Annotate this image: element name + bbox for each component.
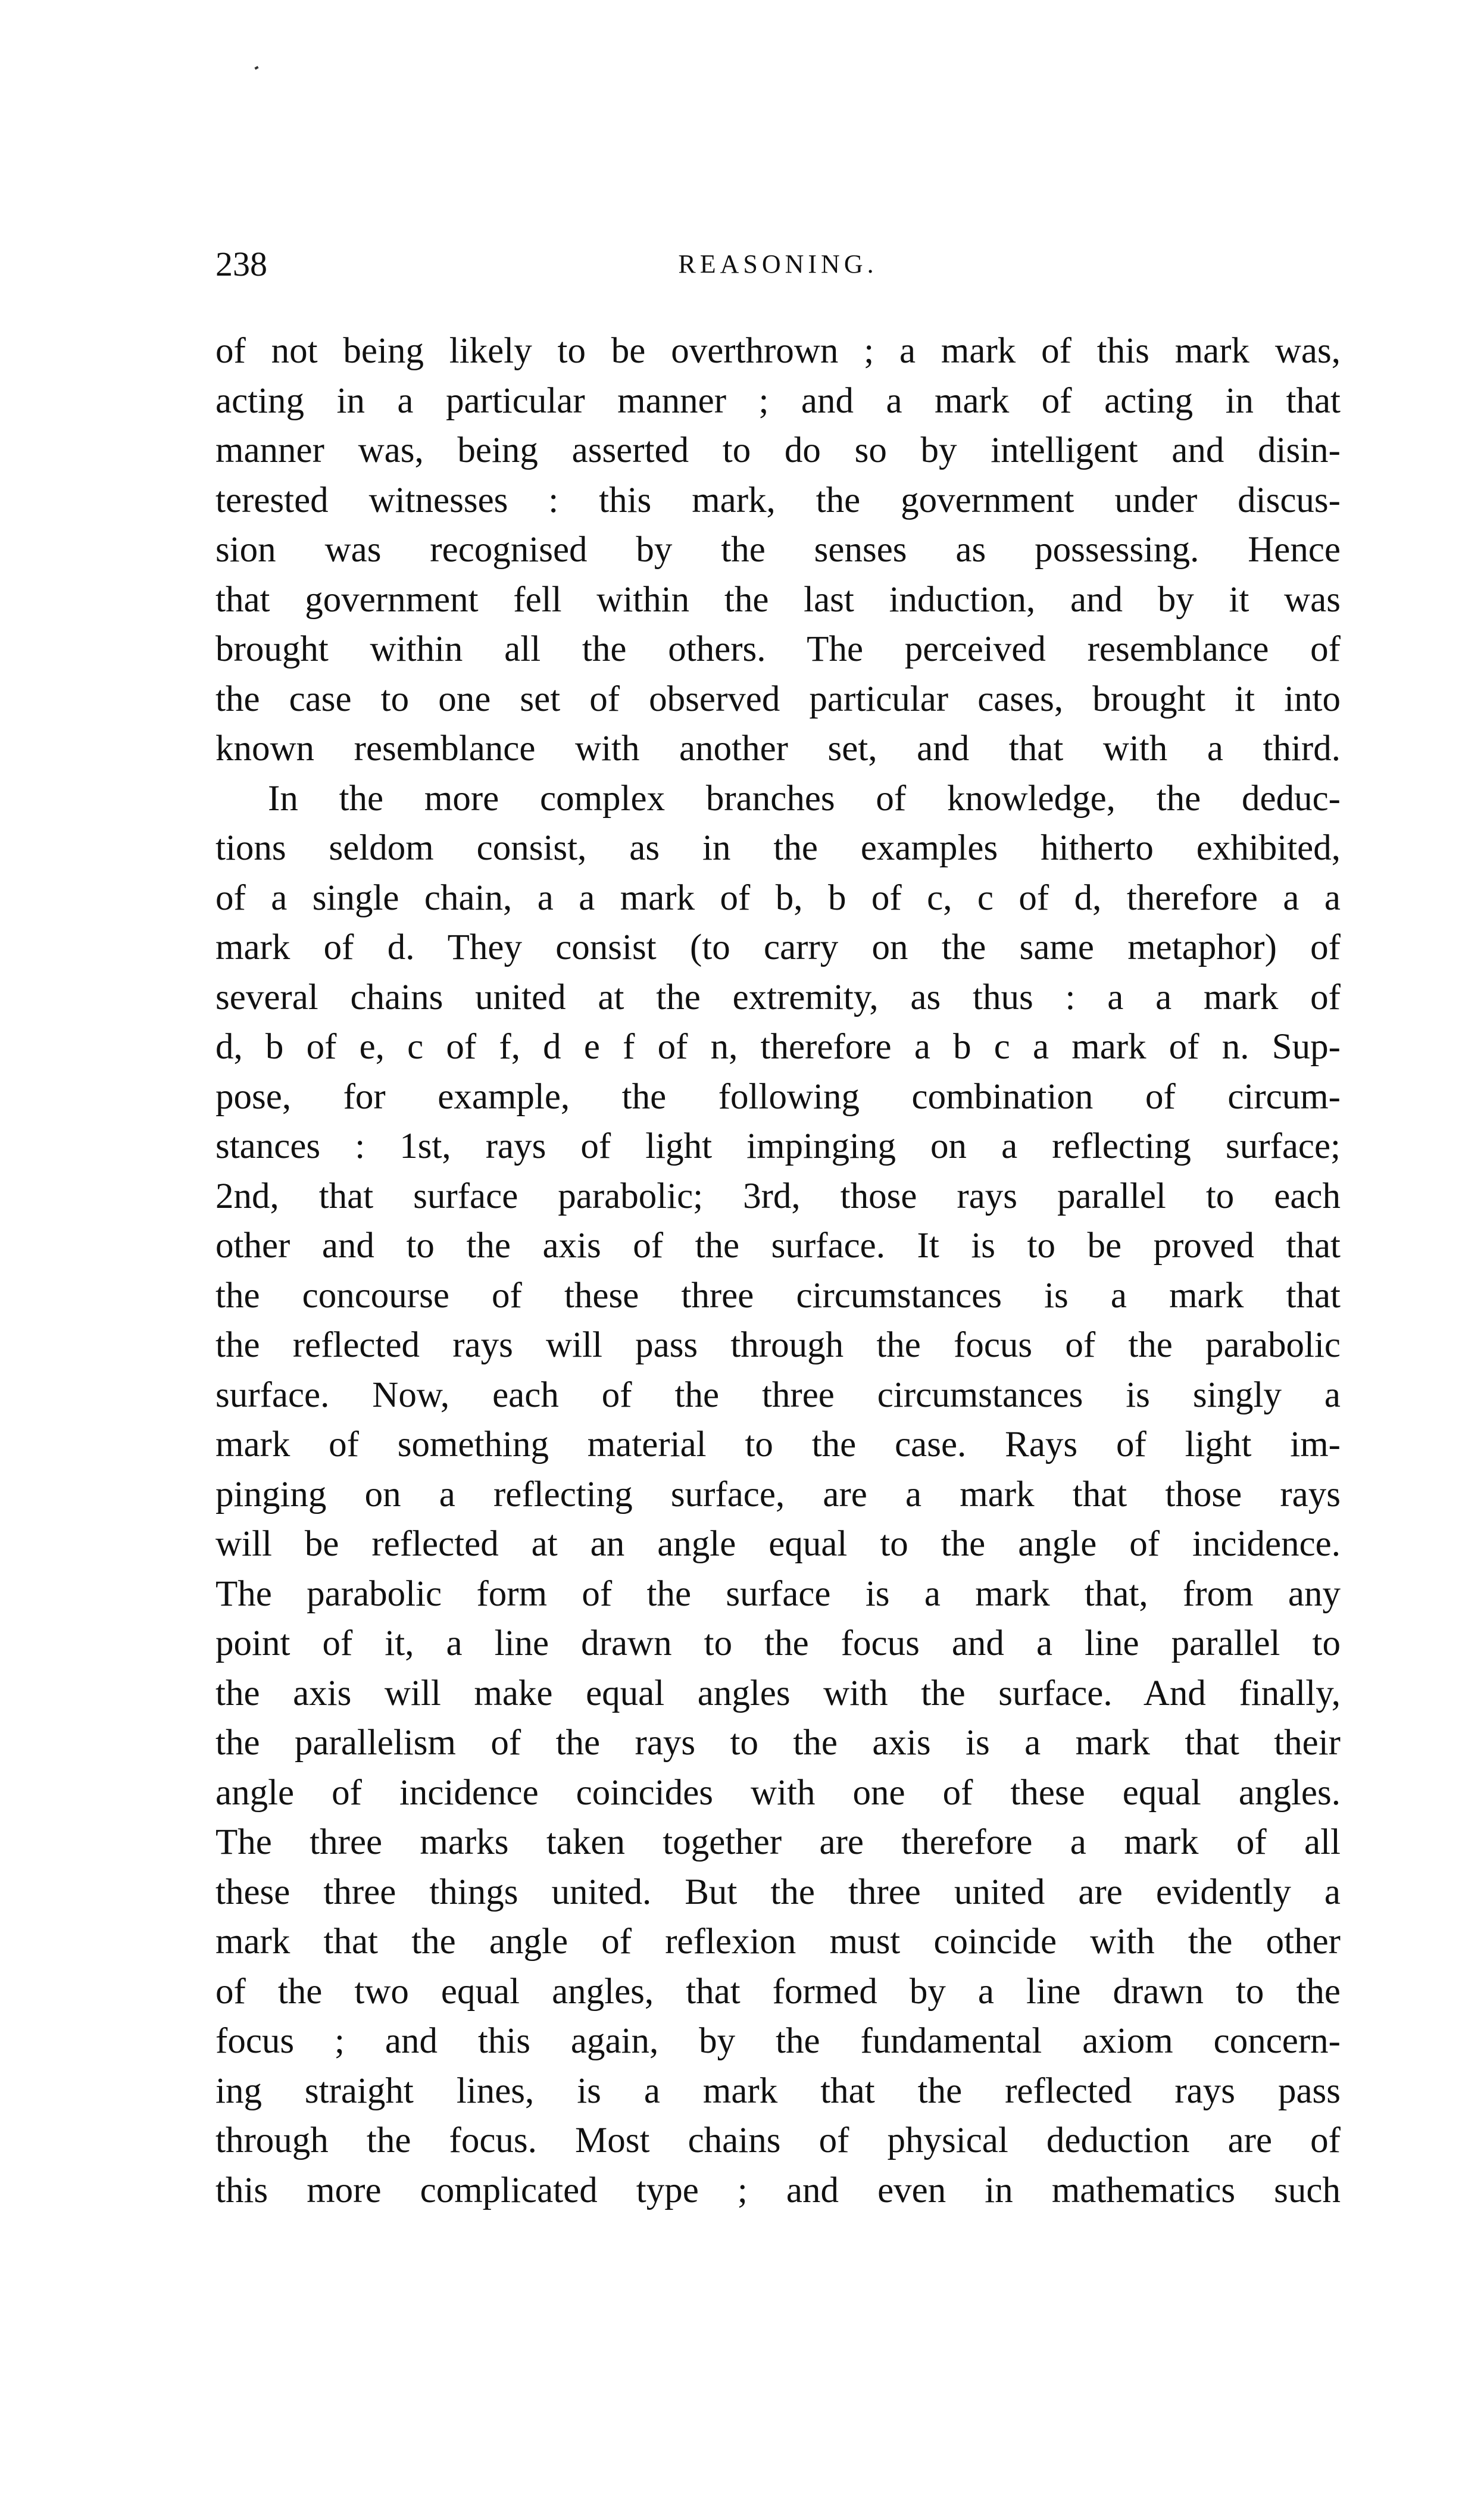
running-title: REASONING. xyxy=(215,249,1341,279)
text-line: of not being likely to be overthrown ; a… xyxy=(215,326,1341,376)
text-line: the concourse of these three circumstanc… xyxy=(215,1271,1341,1321)
text-line: focus ; and this again, by the fundament… xyxy=(215,2016,1341,2066)
text-line: brought within all the others. The perce… xyxy=(215,624,1341,674)
scan-speck xyxy=(254,66,258,70)
text-line: terested witnesses : this mark, the gove… xyxy=(215,476,1341,526)
text-line: acting in a particular manner ; and a ma… xyxy=(215,376,1341,426)
text-line: the reflected rays will pass through the… xyxy=(215,1320,1341,1370)
text-line: pinging on a reflecting surface, are a m… xyxy=(215,1470,1341,1520)
text-line: surface. Now, each of the three circumst… xyxy=(215,1370,1341,1420)
text-line: other and to the axis of the surface. It… xyxy=(215,1221,1341,1271)
text-line: these three things united. But the three… xyxy=(215,1868,1341,1918)
page-body: of not being likely to be overthrown ; a… xyxy=(215,326,1341,2215)
text-line: the parallelism of the rays to the axis … xyxy=(215,1718,1341,1768)
text-line: will be reflected at an angle equal to t… xyxy=(215,1519,1341,1569)
text-line: d, b of e, c of f, d e f of n, therefore… xyxy=(215,1022,1341,1072)
text-line: of a single chain, a a mark of b, b of c… xyxy=(215,873,1341,923)
text-line: of the two equal angles, that formed by … xyxy=(215,1967,1341,2017)
text-line: tions seldom consist, as in the examples… xyxy=(215,823,1341,873)
text-line: mark that the angle of reflexion must co… xyxy=(215,1917,1341,1967)
text-line: manner was, being asserted to do so by i… xyxy=(215,426,1341,476)
text-line: known resemblance with another set, and … xyxy=(215,724,1341,774)
text-line: In the more complex branches of knowledg… xyxy=(215,774,1341,824)
text-line: The parabolic form of the surface is a m… xyxy=(215,1569,1341,1619)
text-line: point of it, a line drawn to the focus a… xyxy=(215,1619,1341,1669)
text-line: sion was recognised by the senses as pos… xyxy=(215,525,1341,575)
text-line: this more complicated type ; and even in… xyxy=(215,2166,1341,2216)
text-line: mark of d. They consist (to carry on the… xyxy=(215,923,1341,973)
text-line: several chains united at the extremity, … xyxy=(215,973,1341,1023)
text-line: 2nd, that surface parabolic; 3rd, those … xyxy=(215,1172,1341,1222)
text-line: The three marks taken together are there… xyxy=(215,1818,1341,1868)
text-line: that government fell within the last ind… xyxy=(215,575,1341,625)
text-line: mark of something material to the case. … xyxy=(215,1420,1341,1470)
text-line: angle of incidence coincides with one of… xyxy=(215,1768,1341,1818)
text-line: the case to one set of observed particul… xyxy=(215,674,1341,725)
text-line: the axis will make equal angles with the… xyxy=(215,1669,1341,1719)
text-line: pose, for example, the following combina… xyxy=(215,1072,1341,1122)
text-line: stances : 1st, rays of light impinging o… xyxy=(215,1122,1341,1172)
page-header: 238 REASONING. xyxy=(215,244,1341,292)
text-line: ing straight lines, is a mark that the r… xyxy=(215,2066,1341,2116)
text-line: through the focus. Most chains of physic… xyxy=(215,2116,1341,2166)
